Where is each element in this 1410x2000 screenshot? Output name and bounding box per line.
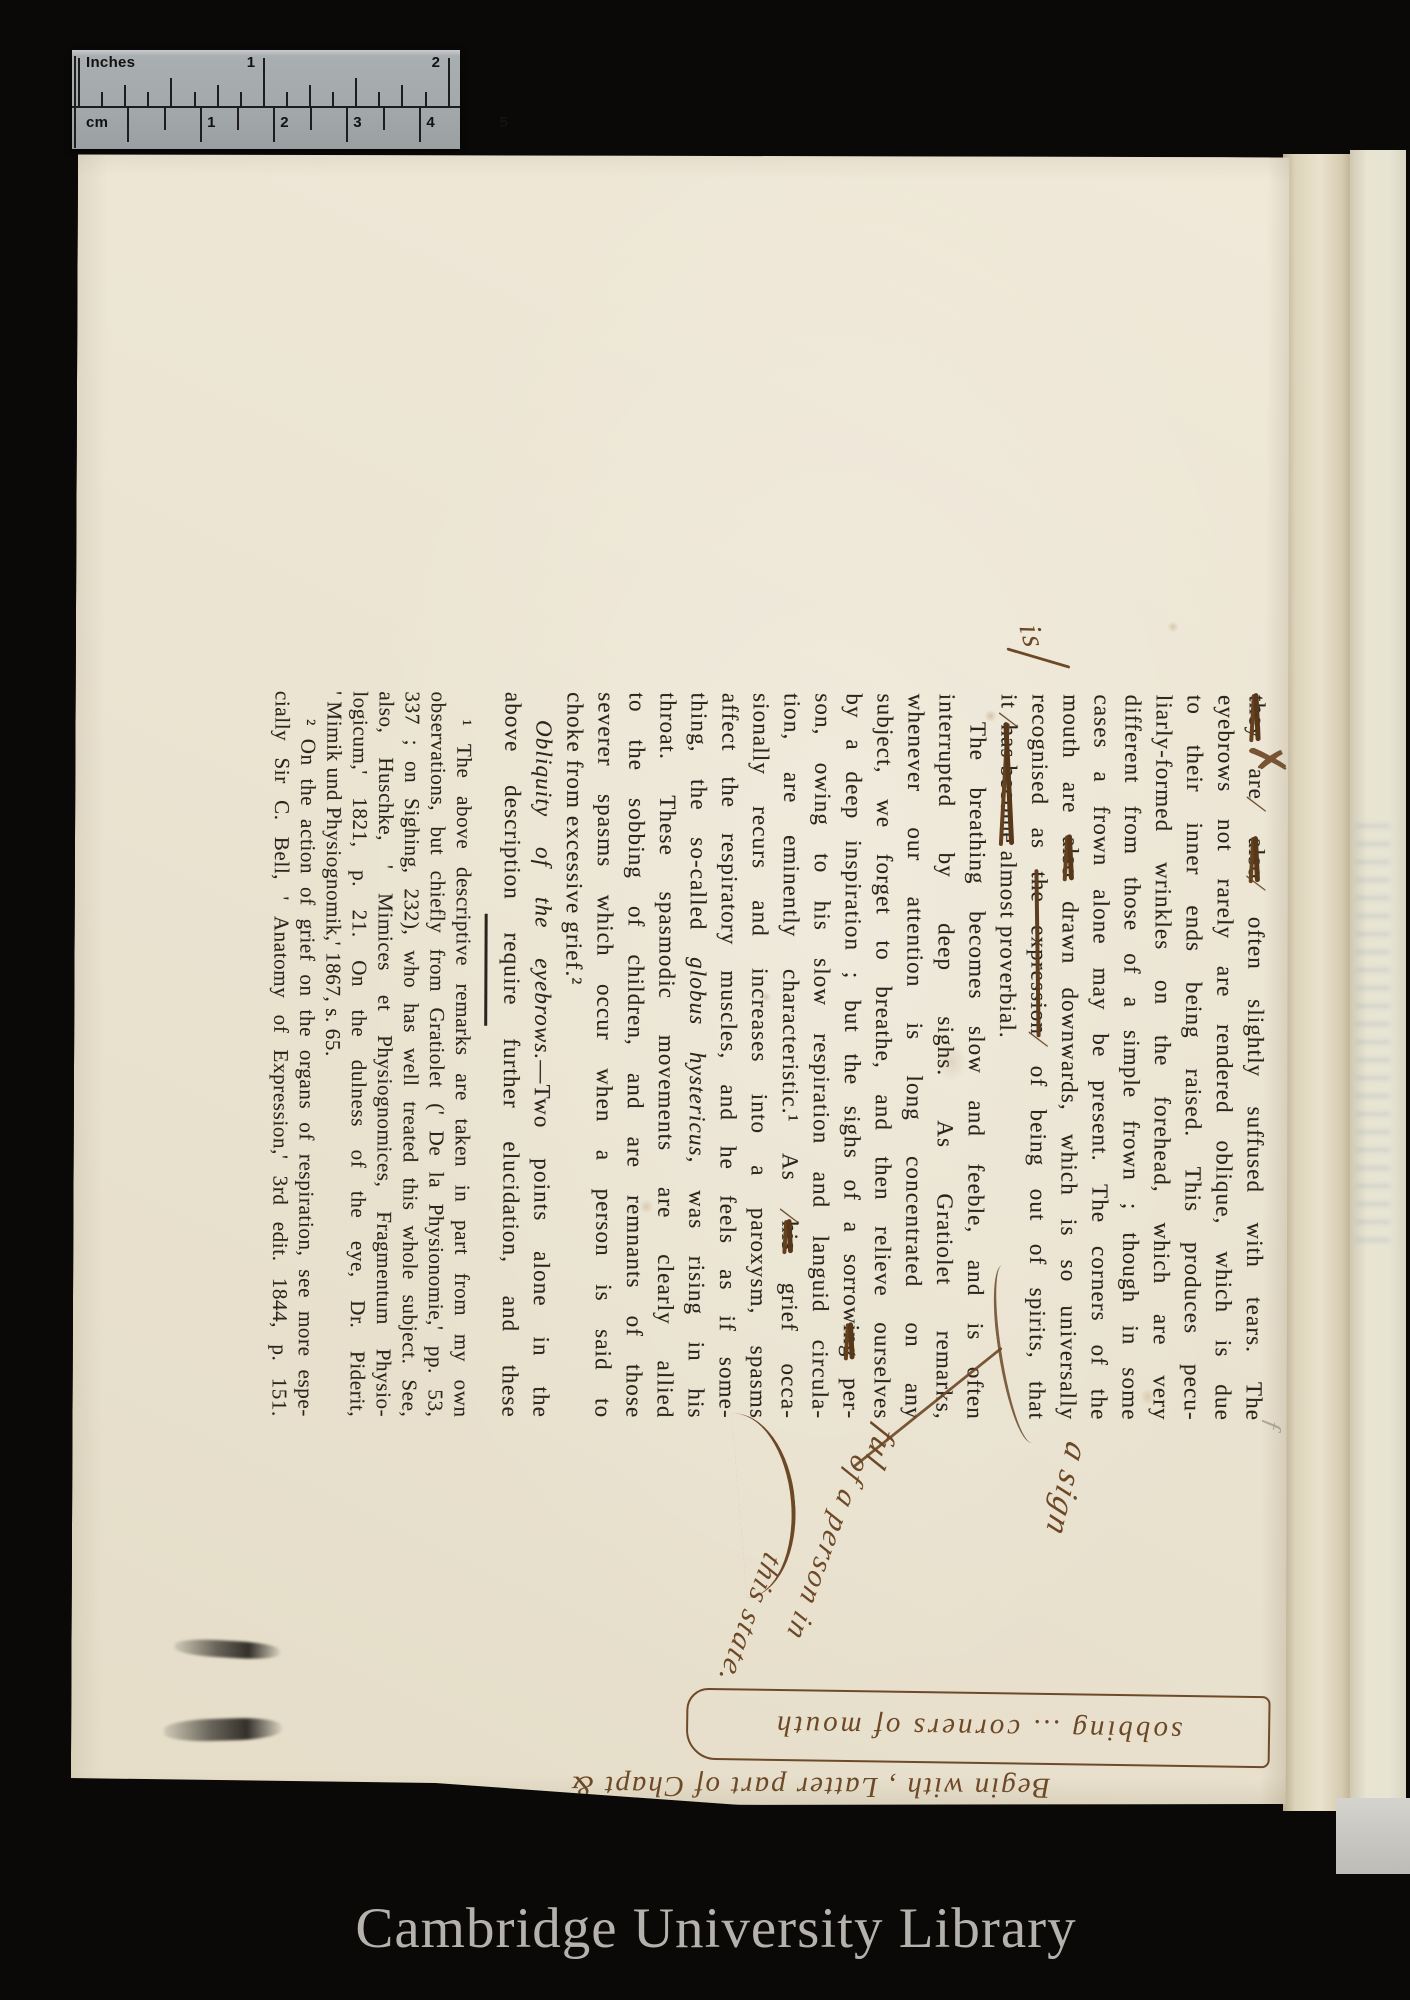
text-segment: son, owing to his slow respiration and l… [807,693,835,1419]
text-segment: cially Sir C. Bell, ' Anatomy of Express… [268,691,295,1417]
body-text: they are∕ also∕ often slightly suffused … [494,692,1272,1421]
ruler-tick [147,92,149,106]
page-surface: they are∕ also∕ often slightly suffused … [71,152,1293,1807]
text-segment: grief occa- [776,1251,802,1419]
ruler-number: 2 [432,54,440,71]
text-segment: ' Mimik und Physiognomik,' 1867, s. 65. [322,691,348,1057]
printed-line: they are∕ also∕ often slightly suffused … [1238,695,1272,1421]
text-segment: —Two points alone in the [528,1060,555,1418]
printed-text-block: they are∕ also∕ often slightly suffused … [267,691,1273,1421]
text-segment: interrupted by deep sighs. As Gratiolet … [931,694,959,1420]
printed-line: subject, we forget to breathe, and then … [866,693,900,1419]
text-segment: Obliquity of the eyebrows. [530,720,556,1060]
text-segment: the expression [1026,871,1052,1035]
handwritten-margin-person-line1: of a person in [779,1449,876,1648]
ruler-number: 5 [500,114,508,131]
ruler-tick [286,92,288,106]
ruler-tick [164,108,166,130]
text-segment: has become [996,724,1022,844]
ruler-inches-label: Inches [86,54,135,71]
printed-line: ² On the action of grief on the organs o… [293,691,322,1417]
text-segment: mouth are [1058,694,1084,836]
insertion-slash-stroke [1006,647,1070,668]
ruler-number: 2 [280,114,288,131]
footnote-rule [485,914,488,1026]
printed-line: cases a frown alone may be present. The … [1083,694,1117,1420]
ink-smear [164,1717,283,1743]
text-segment: liarly-formed wrinkles on the forehead, … [1148,695,1176,1421]
ruler-number: 1 [247,54,255,71]
printed-line: The breathing becomes slow and feeble, a… [959,694,993,1420]
printed-line: liarly-formed wrinkles on the forehead, … [1145,695,1179,1421]
show-through-marks [1356,810,1390,1250]
printed-line: choke from excessive grief.² [556,692,590,1418]
handwritten-note-below-text: Begin with , Latter part of Chapt & [525,1768,1095,1803]
handwritten-is-text: is [1011,622,1054,651]
ruler-tick [263,58,265,106]
ruler-number: 3 [353,114,361,131]
ruler-tick [273,108,275,142]
ruler-tick [355,78,357,106]
printed-line: interrupted by deep sighs. As Gratiolet … [928,694,962,1420]
text-segment: to their inner ends being raised. This p… [1179,695,1207,1421]
printed-line: thing, the so-called globus hystericus, … [680,693,714,1419]
ruler-tick [425,92,427,106]
text-segment: , was rising in his [683,1157,709,1419]
text-segment: tion, are eminently characteristic.¹ As [777,693,804,1212]
ruler-tick [127,108,129,142]
text-segment: it [997,694,1022,716]
text-segment: 337 ; on Sighing, 232), who has well tre… [398,691,425,1417]
printed-line: 337 ; on Sighing, 232), who has well tre… [397,691,426,1417]
text-segment: ² On the action of grief on the organs o… [294,719,321,1417]
text-segment: observations, but chiefly from Gratiolet… [424,692,451,1418]
text-segment: The breathing becomes slow and feeble, a… [962,722,990,1420]
handwritten-margin-person-line2: this state. [711,1547,788,1692]
ruler-tick [378,92,380,106]
library-watermark: Cambridge University Library [0,1896,1410,1961]
text-segment [1244,808,1269,837]
ruler-tick [419,108,421,142]
printed-line: ¹ The above descriptive remarks are take… [449,692,478,1418]
text-segment: eyebrows not rarely are rendered oblique… [1210,695,1238,1421]
printed-line: whenever our attention is long concentra… [897,694,931,1420]
ruler-tick [401,85,403,106]
handwritten-note-box-text: sobbing … corners of mouth [698,1707,1258,1748]
printed-line: throat. These spasmodic movements are cl… [649,693,683,1419]
text-segment: ing [839,1325,864,1358]
text-segment: also [1244,838,1269,880]
text-segment: logicum,' 1821, p. 21. On the dulness of… [346,691,373,1417]
text-segment: by a deep inspiration ; but the sighs of… [839,693,867,1324]
measurement-ruler: Inches cm 1212345 [72,50,460,149]
text-segment: whenever our attention is long concentra… [900,694,928,1420]
printed-line: to their inner ends being raised. This p… [1176,695,1210,1421]
printed-line: Obliquity of the eyebrows.—Two points al… [525,692,559,1418]
printed-line: above description require further elucid… [494,692,528,1418]
text-segment: sionally recurs and increases into a par… [745,693,773,1419]
text-segment: choke from excessive grief.² [561,692,587,985]
printed-line: eyebrows not rarely are rendered oblique… [1207,695,1241,1421]
ruler-tick [101,92,103,106]
ruler-tick [332,92,334,106]
printed-line: affect the respiratory muscles, and he f… [711,693,745,1419]
ruler-tick [217,85,219,106]
ruler-tick [309,85,311,106]
ruler-tick [170,78,172,106]
printed-line: to the sobbing of children, and are remn… [618,692,652,1418]
text-segment: to the sobbing of children, and are remn… [621,692,649,1418]
handwritten-note-below-box: Begin with , Latter part of Chapt & [520,1758,1100,1815]
text-segment: per- [838,1357,863,1419]
text-segment: throat. These spasmodic movements are cl… [652,693,680,1419]
faint-pencil-mark: ƒ [1256,1416,1288,1437]
text-segment: affect the respiratory muscles, and he f… [714,693,742,1419]
photographed-manuscript-page: Inches cm 1212345 they are∕ also∕ often … [0,0,1410,2000]
ruler-divider-line [72,106,460,108]
ruler-tick [240,92,242,106]
text-segment: his [777,1221,802,1251]
text-segment: different from those of a simple frown ;… [1117,695,1145,1421]
printed-line: logicum,' 1821, p. 21. On the dulness of… [345,691,374,1417]
ruler-number: 4 [426,114,434,131]
printed-line: mouth are also drawn downwards, which is… [1052,694,1086,1420]
text-segment: almost proverbial. [995,844,1021,1039]
text-segment: above description require further elucid… [497,692,525,1418]
printed-line: by a deep inspiration ; but the sighs of… [835,693,869,1419]
text-segment: they [1244,695,1269,739]
text-segment: often slightly suffused with tears. The [1241,888,1268,1421]
ruler-number: 1 [207,114,215,131]
text-segment: also, Huschke, ' Mimices et Physiognomic… [372,691,399,1417]
text-segment: subject, we forget to breathe, and then … [869,693,897,1419]
printed-line: observations, but chiefly from Gratiolet… [423,692,452,1418]
text-segment: also [1058,836,1083,878]
text-segment: thing, the so-called [685,693,711,958]
ruler-tick [237,108,239,130]
underlying-page-edge [1283,154,1350,1811]
ruler-tick [310,108,312,130]
ruler-cm-label: cm [86,114,108,131]
ruler-end-line [74,56,76,148]
ruler-tick [194,92,196,106]
text-segment: drawn downwards, which is so universally [1055,878,1082,1420]
ruler-tick [78,58,80,106]
ruler-tick [124,85,126,106]
text-segment: severer spasms which occur when a person… [590,692,618,1418]
text-segment: globus hystericus [685,957,711,1157]
proof-page: they are∕ also∕ often slightly suffused … [71,152,1293,1807]
ruler-tick [448,58,450,106]
book-cradle-corner [1336,1798,1410,1874]
printed-line: severer spasms which occur when a person… [587,692,621,1418]
printed-line: different from those of a simple frown ;… [1114,695,1148,1421]
text-segment: ¹ The above descriptive remarks are take… [450,720,477,1418]
printed-line: also, Huschke, ' Mimices et Physiognomic… [371,691,400,1417]
text-segment: cases a frown alone may be present. The … [1086,694,1114,1420]
ruler-tick [200,108,202,142]
printed-line: son, owing to his slow respiration and l… [804,693,838,1419]
footnote-text: ¹ The above descriptive remarks are take… [267,691,478,1418]
book-fore-edge [1350,150,1406,1815]
handwritten-margin-a-sign: a sign [1038,1436,1095,1543]
ruler-tick [346,108,348,142]
ink-smear [174,1638,281,1661]
printed-line: ' Mimik und Physiognomik,' 1867, s. 65. [319,691,348,1417]
text-segment: recognised as [1027,694,1053,871]
handwritten-note-box: sobbing … corners of mouth [686,1688,1271,1769]
printed-line: tion, are eminently characteristic.¹ As … [773,693,807,1419]
printed-line: sionally recurs and increases into a par… [742,693,776,1419]
ruler-tick [383,108,385,130]
handwritten-insertion-is: is [998,621,1070,664]
printed-line: cially Sir C. Bell, ' Anatomy of Express… [267,691,296,1417]
